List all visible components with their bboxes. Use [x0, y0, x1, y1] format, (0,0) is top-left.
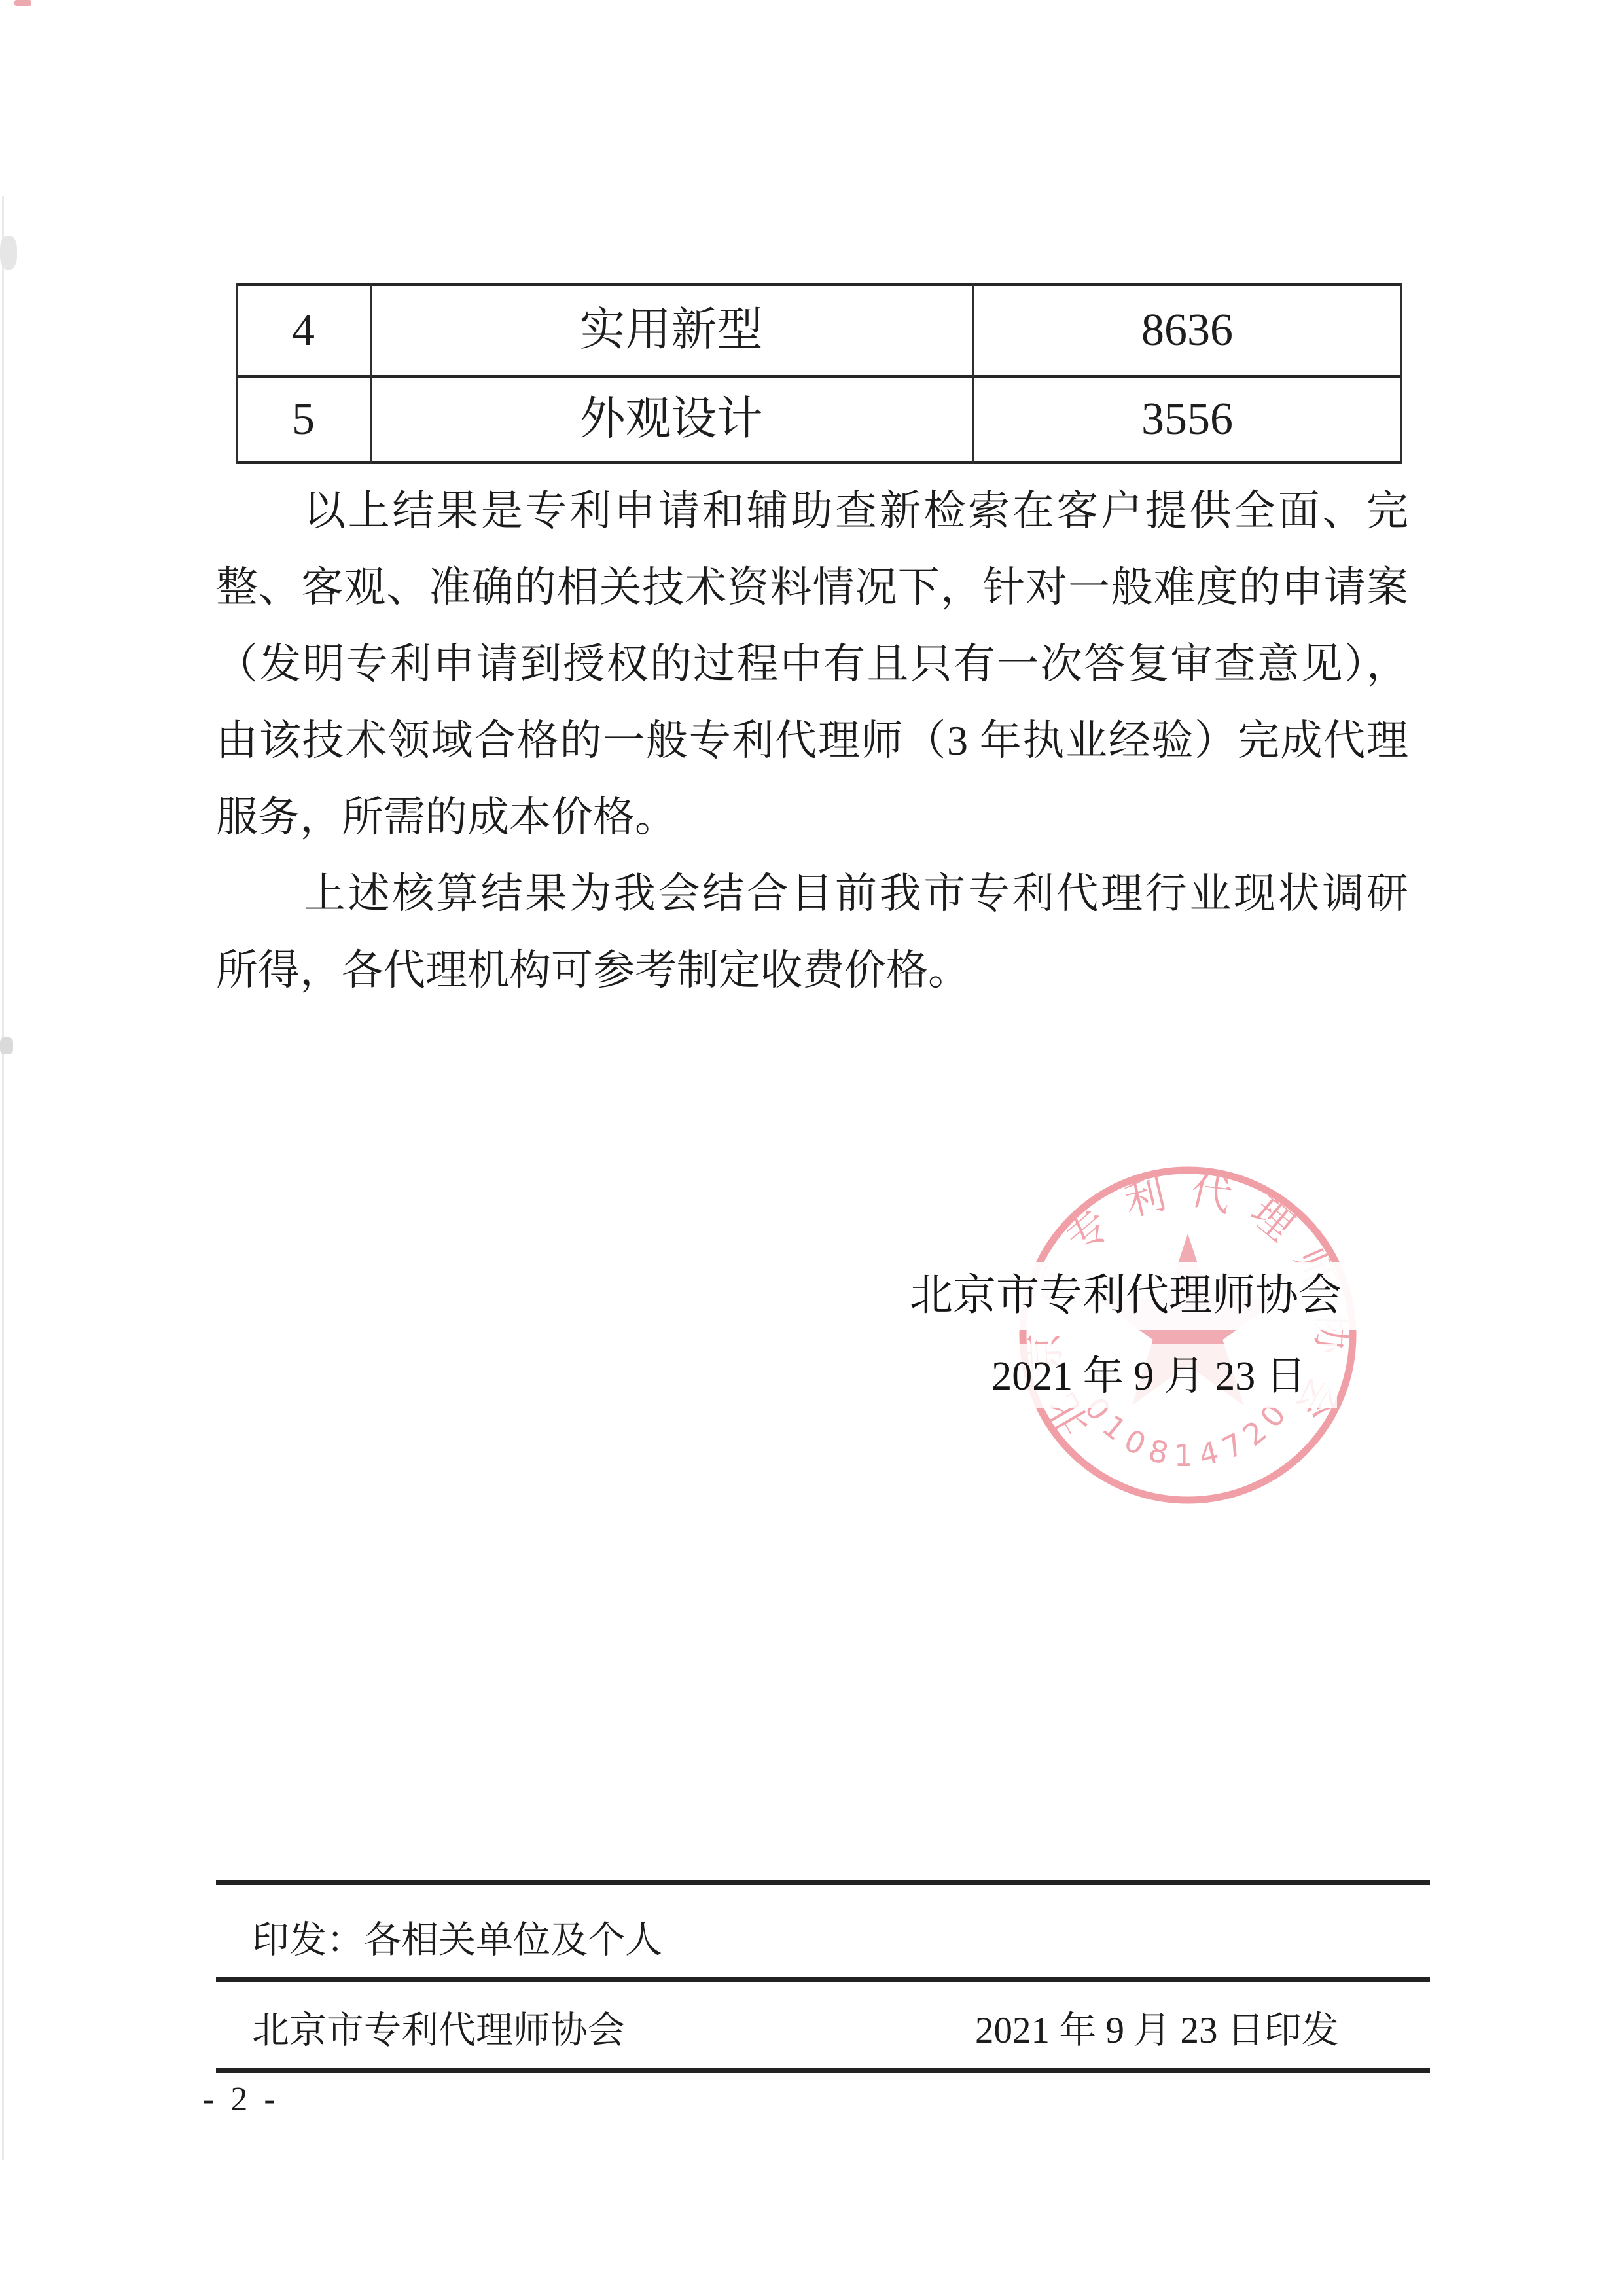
table-cell-price: 8636: [972, 286, 1402, 375]
body-line: 所得，各代理机构可参考制定收费价格。: [216, 932, 1408, 1009]
table-cell-row-number: 4: [236, 286, 370, 375]
body-line: 整、客观、准确的相关技术资料情况下，针对一般难度的申请案: [216, 549, 1408, 626]
page-number: - 2 -: [203, 2079, 279, 2121]
body-line: （发明专利申请到授权的过程中有且只有一次答复审查意见），: [216, 626, 1408, 702]
signature-date: 2021 年 9 月 23 日: [961, 1344, 1337, 1408]
table-cell-category: 外观设计: [370, 378, 972, 461]
footer-print-date: 2021 年 9 月 23 日印发: [975, 2008, 1339, 2054]
scan-edge-line: [2, 196, 4, 2160]
paragraph-1: 以上结果是专利申请和辅助查新检索在客户提供全面、完 整、客观、准确的相关技术资料…: [216, 473, 1408, 855]
scan-smudge: [0, 1037, 13, 1054]
body-line: 以上结果是专利申请和辅助查新检索在客户提供全面、完: [216, 473, 1408, 549]
table-border: [236, 461, 1402, 464]
fee-table: 4 实用新型 8636 5 外观设计 3556: [236, 283, 1402, 464]
footer-distribution: 印发：各相关单位及个人: [252, 1918, 662, 1964]
footer-organization: 北京市专利代理师协会: [252, 2008, 625, 2054]
scan-red-mark: [14, 0, 31, 6]
table-cell-category: 实用新型: [370, 286, 972, 375]
signature-organization: 北京市专利代理师协会: [877, 1262, 1374, 1330]
footer-rule-middle: [216, 1977, 1430, 1982]
paragraph-2: 上述核算结果为我会结合目前我市专利代理行业现状调研 所得，各代理机构可参考制定收…: [216, 855, 1408, 1009]
body-line: 由该技术领域合格的一般专利代理师（3 年执业经验）完成代理: [216, 702, 1408, 779]
scan-smudge: [0, 236, 17, 270]
table-cell-row-number: 5: [236, 378, 370, 461]
body-line: 服务，所需的成本价格。: [216, 779, 1408, 855]
table-cell-price: 3556: [972, 378, 1402, 461]
scanned-document-page: 4 实用新型 8636 5 外观设计 3556 以上结果是专利申请和辅助查新检索…: [0, 0, 1623, 2296]
footer-rule-top: [216, 1880, 1430, 1885]
seal-ring: [1023, 1170, 1353, 1500]
body-line: 上述核算结果为我会结合目前我市专利代理行业现状调研: [216, 855, 1408, 932]
footer-rule-bottom: [216, 2068, 1430, 2073]
